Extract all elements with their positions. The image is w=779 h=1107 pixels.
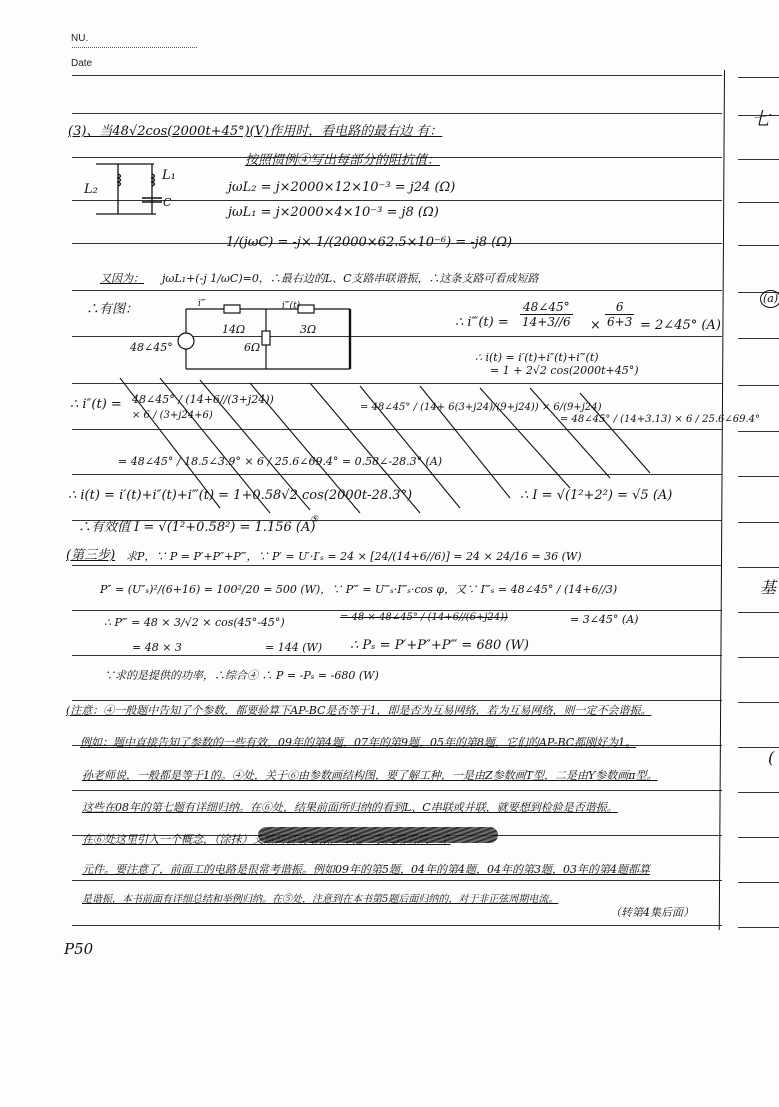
p3-crossed: = 48 × 48∠45° / (14+6//(6+j24)) — [340, 610, 508, 626]
current-label: i‴ — [198, 296, 206, 312]
step-intro: 按照惯例④写出每部分的阻抗值： — [245, 153, 440, 169]
label-l1: L₁ — [162, 168, 176, 184]
margin-note: (a) — [760, 290, 779, 308]
ruled-line-margin — [738, 702, 779, 703]
it-full: ∴ i(t) = i′(t)+i″(t)+i‴(t) = 1+0.58√2 co… — [68, 488, 412, 504]
rms-mark: ⑤ — [310, 512, 318, 528]
ruled-line — [72, 700, 722, 701]
note-line: 孙老师说，一般都是等于1的。④处，关于⑥由参数画结构图，要了解工种，一是由Z参数… — [82, 768, 657, 784]
ruled-line-margin — [738, 522, 779, 523]
step3-line: 求P，∵ P = P′+P″+P‴，∵ P′ = U′·I′ₛ = 24 × [… — [126, 549, 582, 565]
conclusion: ∵求的是提供的功率，∴综合④ ∴ P = -Pₛ = -680 (W) — [104, 668, 379, 684]
ruled-line — [72, 925, 722, 926]
i-calc: ∴ I = √(1²+2²) = √5 (A) — [520, 488, 672, 504]
ruled-line — [72, 790, 722, 791]
date-label: Date — [71, 58, 92, 69]
page-number: P50 — [64, 940, 93, 958]
note-line: (注意：④一般题中告知了个参数，都要验算下AP-BC是否等于1，即是否为互易网络… — [66, 703, 651, 719]
r6-label: 6Ω — [244, 340, 260, 356]
ruled-line-margin — [738, 882, 779, 883]
ruled-line — [72, 113, 722, 114]
ruled-line-margin — [738, 159, 779, 160]
i3-rhs: = 2∠45° (A) — [640, 318, 721, 334]
rms-value: ∴有效值 I = √(1²+0.58²) = 1.156 (A) — [78, 520, 315, 536]
impedance-l1: jωL₁ = j×2000×4×10⁻³ = j8 (Ω) — [228, 205, 439, 221]
equivalent-circuit-diagram — [180, 305, 360, 375]
impedance-l2: jωL₂ = j×2000×12×10⁻³ = j24 (Ω) — [228, 180, 455, 196]
note-line: 是谐振，本书前面有详细总结和举例归纳。在⑤处，注意到在本书第5题后面归纳的，对于… — [82, 892, 558, 908]
label-c: C — [163, 195, 171, 211]
i3-lhs: ∴ i‴(t) = — [455, 315, 509, 331]
ruled-line-margin — [738, 77, 779, 78]
margin-note: 七 — [752, 112, 770, 128]
notebook-page: NU. Date 七 (a) 基 ( (3)、当48√2cos(2000t+45… — [0, 0, 779, 1107]
p2-line: P″ = (U″ₛ)²/(6+16) = 100²/20 = 500 (W)，∵… — [100, 582, 617, 598]
margin-note: 基 — [760, 580, 776, 596]
resonance-note: jωL₁+(-j 1/ωC)=0，∴最右边的L、C支路串联谐振，∴这条支路可看成… — [162, 271, 539, 287]
margin-divider — [719, 70, 725, 930]
times-sign: × — [590, 318, 601, 334]
p3-c: = 144 (W) — [265, 640, 322, 656]
source-label: 48∠45° — [130, 340, 173, 356]
ruled-line-margin — [738, 837, 779, 838]
ruled-line-margin — [738, 385, 779, 386]
ruled-line-margin — [738, 245, 779, 246]
ruled-line-margin — [738, 927, 779, 928]
ruled-line-margin — [738, 476, 779, 477]
ruled-line-margin — [738, 202, 779, 203]
current3-label: i‴(t) — [282, 298, 300, 314]
impedance-c: 1/(jωC) = -j× 1/(2000×62.5×10⁻⁶) = -j8 (… — [226, 235, 512, 251]
no-label: NU. — [71, 33, 88, 44]
note-line: 例如：题中直接告知了参数的一些有效，09年的第4题，07年的第9题，05年的第8… — [80, 735, 636, 751]
no-field-dots — [72, 47, 197, 48]
ruled-line-margin — [738, 431, 779, 432]
sum-line-2: = 1 + 2√2 cos(2000t+45°) — [490, 363, 639, 379]
note-line: 这些在08年的第七题有详细归纳。在⑥处，结果前面所归纳的看到L、C串联或并联，就… — [82, 800, 618, 816]
ruled-line — [72, 336, 722, 337]
continued-note: （转第4集后面） — [610, 905, 694, 921]
ruled-line — [72, 75, 722, 76]
label-l2: L₂ — [84, 182, 98, 198]
ruled-line-margin — [738, 567, 779, 568]
i3-fraction-1: 48∠45° 14+3//6 — [520, 300, 573, 329]
scribbled-out-text — [258, 827, 498, 843]
r14-label: 14Ω — [222, 322, 245, 338]
r3-label: 3Ω — [300, 322, 316, 338]
p3-b: = 48 × 3 — [132, 640, 182, 656]
p3-res: = 3∠45° (A) — [570, 612, 638, 628]
ruled-line — [72, 565, 722, 566]
ruled-line-margin — [738, 612, 779, 613]
ruled-line-margin — [738, 338, 779, 339]
i3-fraction-2: 6 6+3 — [605, 300, 634, 329]
note-line: 元件。要注意了，前面工的电路是很常考谐振。例如09年的第5题，04年的第4题，0… — [82, 862, 650, 878]
problem-heading: (3)、当48√2cos(2000t+45°)(V)作用时，看电路的最右边 有： — [68, 124, 442, 140]
ruled-line-margin — [738, 792, 779, 793]
ruled-line — [72, 290, 722, 291]
ruled-line-margin — [738, 657, 779, 658]
step3-prefix: (第三步) — [66, 548, 115, 564]
p-sum: ∴ Pₛ = P′+P″+P‴ = 680 (W) — [350, 638, 529, 654]
margin-note: ( — [768, 750, 774, 766]
resonance-prefix: 又因为： — [100, 271, 144, 287]
ruled-line — [72, 880, 722, 881]
figure-prefix: ∴有图： — [86, 302, 138, 318]
p3-a: ∴ P‴ = 48 × 3/√2 × cos(45°-45°) — [104, 615, 285, 631]
